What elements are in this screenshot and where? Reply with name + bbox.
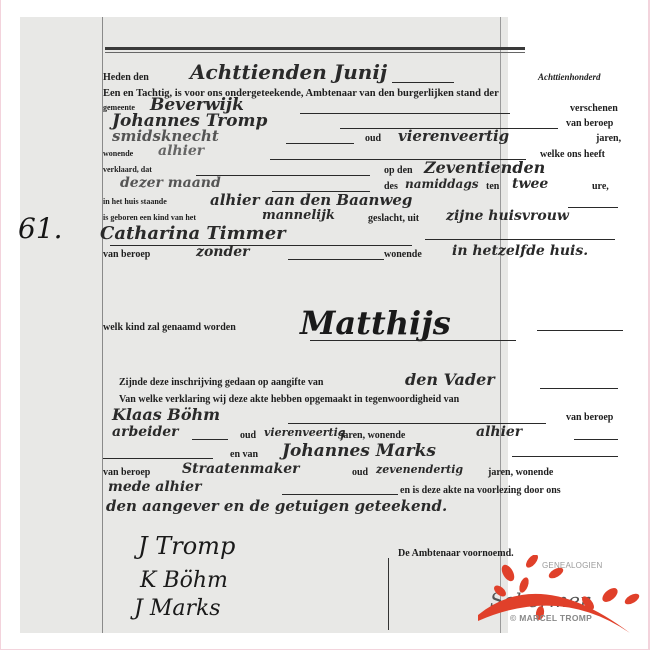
fill-line <box>537 330 623 331</box>
declaration-line-1: Zijnde deze inschrijving gedaan op aangi… <box>0 374 650 392</box>
handwritten-sex: mannelijk <box>262 208 335 223</box>
underline <box>310 340 516 341</box>
handwritten-date: Achttienden Junij <box>190 60 387 84</box>
handwritten-residence: alhier <box>158 143 204 159</box>
printed-text: van beroep <box>103 467 150 478</box>
printed-text: Zijnde deze inschrijving gedaan op aangi… <box>119 377 323 388</box>
witness-1-name-line: Klaas Böhm van beroep <box>0 409 650 427</box>
printed-text: ten <box>486 181 499 192</box>
fill-line <box>103 458 213 459</box>
printed-text: jaren, <box>596 133 621 144</box>
fill-line <box>286 143 354 144</box>
fill-line <box>282 494 398 495</box>
witness-2-residence: mede alhier <box>108 479 201 495</box>
printed-text: jaren, wonende <box>488 467 553 478</box>
watermark-text-genealogien: GENEALOGIEN <box>542 561 602 570</box>
printed-text: oud <box>240 430 256 441</box>
signature-witness-2: J Marks <box>134 596 221 621</box>
printed-text: ure, <box>592 181 609 192</box>
handwritten-relation: zijne huisvrouw <box>446 208 569 224</box>
fill-line <box>540 388 618 389</box>
handwritten-mother-occupation: zonder <box>196 244 250 260</box>
printed-text: en van <box>230 449 258 460</box>
underline <box>110 245 412 246</box>
printed-text: Van welke verklaring wij deze akte hebbe… <box>119 394 459 405</box>
witness-2-age: zevenendertig <box>376 463 463 476</box>
closing-line: den aangever en de getuigen geteekend. <box>0 500 650 518</box>
fill-line <box>425 239 615 240</box>
fill-line <box>196 175 370 176</box>
printed-text: oud <box>352 467 368 478</box>
handwritten-month: dezer maand <box>120 175 221 191</box>
printed-text: van beroep <box>103 249 150 260</box>
printed-text: van beroep <box>566 412 613 423</box>
signature-brace <box>388 558 391 630</box>
printed-text: Achttienhonderd <box>538 72 601 82</box>
witness-2-details-line: van beroep Straatenmaker oud zevenendert… <box>0 464 650 482</box>
fill-line <box>568 207 618 208</box>
printed-text: op den <box>384 165 413 176</box>
fill-line <box>300 113 510 114</box>
witness-1-name: Klaas Böhm <box>112 405 220 424</box>
handwritten-mother-name: Catharina Timmer <box>100 223 286 244</box>
witness-1-occupation: arbeider <box>112 424 179 440</box>
handwritten-closing: den aangever en de getuigen geteekend. <box>106 497 447 515</box>
printed-text: geslacht, uit <box>368 213 419 224</box>
printed-text: in het huis staande <box>103 197 167 206</box>
child-name-label: welk kind zal genaamd worden <box>103 322 236 333</box>
printed-text: verklaard, dat <box>103 165 152 174</box>
printed-text: is geboren een kind van het <box>103 213 196 222</box>
printed-text: verschenen <box>570 103 618 114</box>
watermark-copyright: © MARCEL TROMP <box>510 613 592 623</box>
handwritten-time-of-day: namiddags <box>405 177 478 191</box>
handwritten-address: alhier aan den Baanweg <box>210 191 412 209</box>
fill-line <box>392 82 454 83</box>
printed-text: welke ons heeft <box>540 149 605 160</box>
declaration-line-2: Van welke verklaring wij deze akte hebbe… <box>0 391 650 409</box>
witness-2-name-line: en van Johannes Marks <box>0 446 650 464</box>
child-name: Matthijs <box>300 304 451 342</box>
fill-line <box>288 259 384 260</box>
witness-2-occupation: Straatenmaker <box>182 461 300 477</box>
witness-1-residence: alhier <box>476 424 522 440</box>
fill-line <box>192 439 228 440</box>
signature-witness-1: K Böhm <box>140 568 228 593</box>
fill-line <box>512 456 618 457</box>
handwritten-hour: twee <box>512 176 548 192</box>
handwritten-declarant: den Vader <box>405 370 495 389</box>
record-line-12: van beroep zonder wonende in hetzelfde h… <box>0 247 650 265</box>
header-rule-thin <box>105 52 525 53</box>
handwritten-age: vierenveertig <box>398 127 509 145</box>
handwritten-mother-residence: in hetzelfde huis. <box>452 243 588 259</box>
printed-text: wonende <box>103 149 133 158</box>
fill-line <box>574 439 618 440</box>
record-line-1: Heden den Achttienden Junij Achttienhond… <box>0 68 650 86</box>
child-name-line: welk kind zal genaamd worden Matthijs <box>0 318 650 336</box>
printed-text: Heden den <box>103 72 149 83</box>
handwritten-birth-day: Zeventienden <box>424 158 545 177</box>
printed-text: wonende <box>384 249 422 260</box>
printed-text: jaren, wonende <box>340 430 405 441</box>
printed-text: en is deze akte na voorlezing door ons <box>400 485 561 496</box>
header-rule <box>105 47 525 50</box>
witness-2-name: Johannes Marks <box>282 441 436 461</box>
printed-text: oud <box>365 133 381 144</box>
witness-1-age: vierenveertig <box>264 426 346 439</box>
printed-text: van beroep <box>566 118 613 129</box>
record-line-10: is geboren een kind van het mannelijk ge… <box>0 211 650 229</box>
